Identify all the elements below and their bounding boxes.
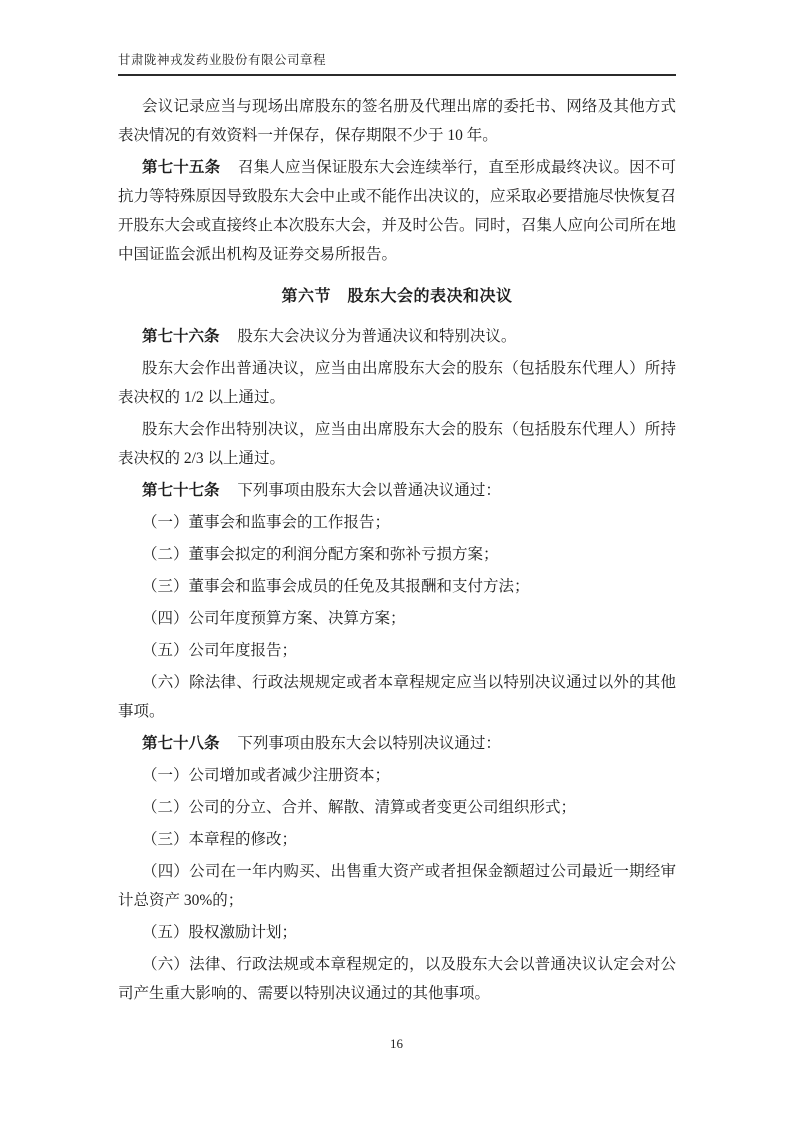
document-page: 甘肃陇神戎发药业股份有限公司章程 会议记录应当与现场出席股东的签名册及代理出席的… bbox=[0, 0, 793, 1122]
body-paragraph: （二）公司的分立、合并、解散、清算或者变更公司组织形式； bbox=[118, 793, 676, 822]
header-title: 甘肃陇神戎发药业股份有限公司章程 bbox=[118, 53, 326, 67]
article-number: 第七十七条 bbox=[142, 482, 220, 499]
article-number: 第七十八条 bbox=[142, 735, 220, 752]
body-paragraph: （五）公司年度报告； bbox=[118, 636, 676, 665]
section-heading: 第六节 股东大会的表决和决议 bbox=[118, 282, 676, 311]
article-paragraph: 第七十八条下列事项由股东大会以特别决议通过： bbox=[118, 729, 676, 758]
body-paragraph: （四）公司年度预算方案、决算方案； bbox=[118, 604, 676, 633]
page-header: 甘肃陇神戎发药业股份有限公司章程 bbox=[118, 53, 676, 76]
body-paragraph: 会议记录应当与现场出席股东的签名册及代理出席的委托书、网络及其他方式表决情况的有… bbox=[118, 92, 676, 150]
body-paragraph: 股东大会作出普通决议，应当由出席股东大会的股东（包括股东代理人）所持表决权的 1… bbox=[118, 354, 676, 412]
page-number: 16 bbox=[0, 1036, 793, 1052]
body-paragraph: （一）董事会和监事会的工作报告； bbox=[118, 508, 676, 537]
body-paragraph: （一）公司增加或者减少注册资本； bbox=[118, 761, 676, 790]
article-paragraph: 第七十七条下列事项由股东大会以普通决议通过： bbox=[118, 476, 676, 505]
article-text: 下列事项由股东大会以特别决议通过： bbox=[237, 735, 501, 752]
article-number: 第七十五条 bbox=[142, 159, 220, 176]
article-paragraph: 第七十五条召集人应当保证股东大会连续举行，直至形成最终决议。因不可抗力等特殊原因… bbox=[118, 153, 676, 269]
body-paragraph: （三）本章程的修改； bbox=[118, 825, 676, 854]
article-text: 股东大会决议分为普通决议和特别决议。 bbox=[237, 328, 516, 345]
document-body: 会议记录应当与现场出席股东的签名册及代理出席的委托书、网络及其他方式表决情况的有… bbox=[118, 92, 676, 1011]
article-paragraph: 第七十六条股东大会决议分为普通决议和特别决议。 bbox=[118, 322, 676, 351]
article-number: 第七十六条 bbox=[142, 328, 220, 345]
body-paragraph: （四）公司在一年内购买、出售重大资产或者担保金额超过公司最近一期经审计总资产 3… bbox=[118, 857, 676, 915]
body-paragraph: 股东大会作出特别决议，应当由出席股东大会的股东（包括股东代理人）所持表决权的 2… bbox=[118, 415, 676, 473]
body-paragraph: （六）除法律、行政法规规定或者本章程规定应当以特别决议通过以外的其他事项。 bbox=[118, 668, 676, 726]
article-text: 下列事项由股东大会以普通决议通过： bbox=[237, 482, 501, 499]
body-paragraph: （二）董事会拟定的利润分配方案和弥补亏损方案； bbox=[118, 540, 676, 569]
body-paragraph: （六）法律、行政法规或本章程规定的，以及股东大会以普通决议认定会对公司产生重大影… bbox=[118, 950, 676, 1008]
body-paragraph: （五）股权激励计划； bbox=[118, 918, 676, 947]
body-paragraph: （三）董事会和监事会成员的任免及其报酬和支付方法； bbox=[118, 572, 676, 601]
